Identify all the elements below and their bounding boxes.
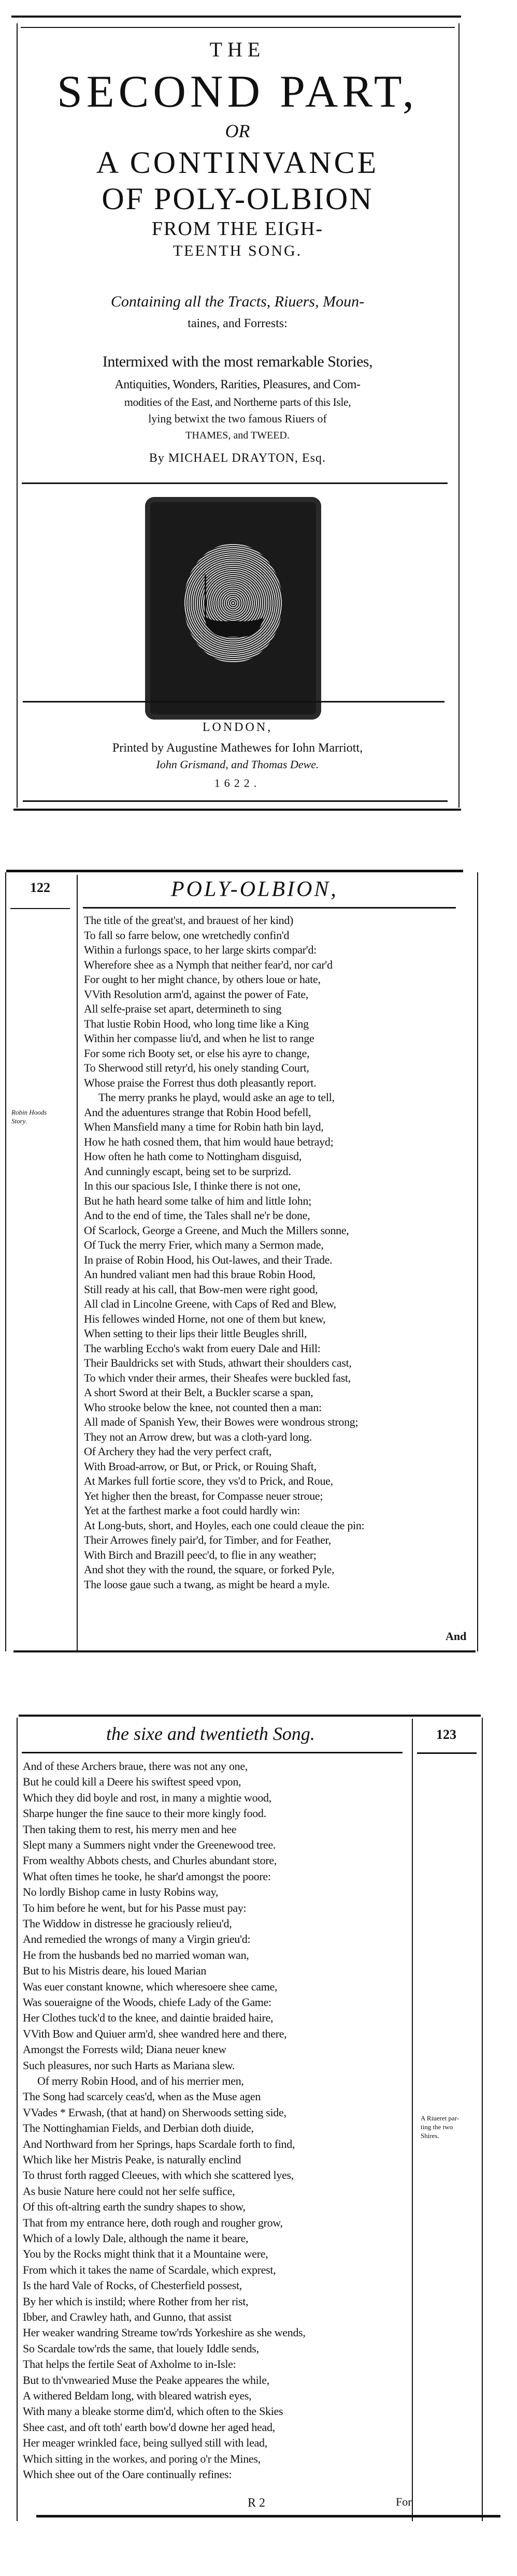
verse-line: Within a furlongs space, to her large sk… (84, 943, 317, 957)
catchword-for: For (396, 2495, 412, 2509)
catchword-and: And (446, 1630, 466, 1643)
verse-line: Is the hard Vale of Rocks, of Chesterfie… (23, 2278, 242, 2293)
verse-line: How often he hath come to Nottingham dis… (84, 1149, 301, 1164)
p122-margin-divider (77, 875, 78, 1651)
title-teenth-song: TEENTH SONG. (17, 242, 458, 260)
title-or: OR (17, 120, 458, 142)
verse-line: The merry pranks he playd, would aske an… (98, 1090, 335, 1105)
verse-line: Which they did boyle and rost, in many a… (23, 1791, 271, 1805)
p123-head-rule (22, 1752, 403, 1753)
verse-line: Amongst the Forrests wild; Diana neuer k… (23, 2042, 226, 2057)
verse-line: Shee cast, and oft toth' earth bow'd dow… (23, 2420, 275, 2435)
verse-line: He from the husbands bed no married woma… (23, 1948, 249, 1963)
verse-line: The title of the great'st, and brauest o… (84, 913, 293, 928)
verse-line: Who strooke below the knee, not counted … (84, 1400, 322, 1415)
verse-line: When Mansfield many a time for Robin hat… (84, 1120, 323, 1134)
verse-line: To which vnder their armes, their Sheafe… (84, 1371, 351, 1385)
title-the: THE (17, 37, 458, 62)
verse-line: Of this oft-altring earth the sundry sha… (23, 2200, 246, 2214)
verse-line: Then taking them to rest, his merry men … (23, 1822, 236, 1837)
verse-line: And remedied the wrongs of many a Virgin… (23, 1932, 250, 1946)
page-number-123: 123 (436, 1727, 456, 1743)
verse-line: Which shee out of the Oare continually r… (23, 2467, 232, 2482)
description-line-3: modities of the East, and Northerne part… (17, 396, 458, 409)
verse-line: VVades * Erwash, (that at hand) on Sherw… (23, 2105, 286, 2120)
verse-line: Was soueraigne of the Woods, chiefe Lady… (23, 1995, 271, 2010)
verse-line: All made of Spanish Yew, their Bowes wer… (84, 1415, 358, 1429)
p122-right-frame (477, 872, 478, 1651)
verse-line: The Nottinghamian Fields, and Derbian do… (23, 2121, 254, 2135)
p122-top-rule (6, 870, 463, 872)
verse-line: The warbling Eccho's wakt from euery Dal… (84, 1341, 321, 1356)
verse-line: How he hath cosned them, that him would … (84, 1135, 333, 1149)
verse-line: The Widdow in distresse he graciously re… (23, 1916, 232, 1931)
verse-line: Still ready at his call, that Bow-men we… (84, 1282, 318, 1297)
verse-line: That from my entrance here, doth rough a… (23, 2216, 283, 2230)
verse-line: Yet higher then the breast, for Compasse… (84, 1489, 323, 1503)
verse-line: When setting to their lips their little … (84, 1326, 307, 1341)
verse-line: Within her compasse liu'd, and when he l… (84, 1031, 314, 1046)
verse-line: In this our spacious Isle, I thinke ther… (84, 1179, 300, 1193)
verse-line: Their Bauldricks set with Studs, athwart… (84, 1356, 352, 1370)
description-line-5: THAMES, and TWEED. (17, 430, 458, 442)
verse-line: For some rich Booty set, or else his ayr… (84, 1046, 309, 1061)
verse-line: And shot they with the round, the square… (84, 1562, 334, 1577)
verse-line: And the aduentures strange that Robin Ho… (84, 1105, 311, 1120)
imprint-printer: Printed by Augustine Mathewes for Iohn M… (17, 741, 458, 755)
subtitle-containing-1: Containing all the Tracts, Riuers, Moun- (17, 293, 458, 311)
title-inner-top-rule (21, 27, 455, 28)
title-poly-olbion: OF POLY-OLBION (17, 181, 458, 217)
verse-line: From which it takes the name of Scardale… (23, 2263, 276, 2277)
verse-line: And Northward from her Springs, haps Sca… (23, 2137, 295, 2151)
verse-line: And of these Archers braue, there was no… (23, 1759, 248, 1774)
verse-line: With Broad-arrow, or But, or Prick, or R… (84, 1459, 317, 1474)
verse-line: Wherefore shee as a Nymph that neither f… (84, 958, 333, 972)
title-top-rule-thick (11, 16, 461, 18)
verse-line: That helps the fertile Seat of Axholme t… (23, 2357, 236, 2372)
verse-line: With Birch and Brazill peec'd, to flie i… (84, 1548, 317, 1562)
running-head-twentieth-song: the sixe and twentieth Song. (106, 1723, 315, 1745)
verse-line: Yet at the farthest marke a foot could h… (84, 1503, 300, 1518)
verse-line: And cunningly escapt, being set to be su… (84, 1164, 291, 1179)
verse-line: Which like her Mistris Peake, is natural… (23, 2153, 241, 2167)
p123-right-frame (482, 1718, 483, 2521)
verse-line: But to his Mistris deare, his loued Mari… (23, 1964, 206, 1978)
printers-device-woodcut (145, 497, 321, 720)
verse-line: To Sherwood still retyr'd, his onely sta… (84, 1061, 309, 1075)
verse-line: Of Archery they had the very perfect cra… (84, 1444, 271, 1459)
verse-line: Which of a lowly Dale, although the name… (23, 2231, 248, 2246)
title-bottom-rule (23, 800, 448, 802)
verse-line: VVith Resolution arm'd, against the powe… (84, 987, 308, 1002)
verse-line: To thrust forth ragged Cleeues, with whi… (23, 2168, 294, 2183)
verse-line: Which sitting in the workes, and poring … (23, 2452, 261, 2466)
verse-line: VVith Bow and Quiuer arm'd, shee wandred… (23, 2027, 286, 2041)
description-line-1: Intermixed with the most remarkable Stor… (17, 353, 458, 371)
verse-line: Sharpe hunger the fine sauce to their mo… (23, 1806, 266, 1821)
title-from-the-eigh: FROM THE EIGH- (17, 217, 458, 240)
title-outer-bottom-rule (13, 809, 461, 811)
verse-line: In praise of Robin Hood, his Out-lawes, … (84, 1253, 332, 1267)
p122-left-frame (5, 872, 6, 1651)
description-line-4: lying betwixt the two famous Riuers of (17, 412, 458, 426)
verse-line: To him before he went, but for his Passe… (23, 1901, 246, 1915)
verse-line: For ought to her might chance, by others… (84, 972, 321, 987)
signature-mark: R 2 (248, 2496, 265, 2510)
verse-line: By her which is instild; where Rother fr… (23, 2294, 248, 2309)
running-head-poly-olbion: POLY-OLBION, (171, 877, 338, 902)
verse-line: But he hath heard some talke of him and … (84, 1194, 311, 1208)
margin-note-robin-hoods-story: Robin Hoods Story. (11, 1108, 47, 1125)
verse-line: What often times he tooke, he shar'd amo… (23, 1869, 271, 1884)
verse-line: Whose praise the Forrest thus doth pleas… (84, 1076, 316, 1090)
verse-line: No lordly Bishop came in lusty Robins wa… (23, 1885, 218, 1899)
title-second-part: SECOND PART, (17, 66, 458, 118)
verse-line: You by the Rocks might think that it a M… (23, 2247, 268, 2261)
device-ship-icon (205, 575, 263, 637)
p123-bottom-rule (36, 2515, 500, 2518)
p123-margin-divider (412, 1719, 413, 2521)
verse-line: Such pleasures, nor such Harts as Marian… (23, 2058, 235, 2073)
margin-note-riueret: A Riueret par- ting the two Shires. (421, 2114, 459, 2140)
verse-line: Her Clothes tuck'd to the knee, and dain… (23, 2011, 273, 2025)
verse-line: A short Sword at their Belt, a Buckler s… (84, 1385, 313, 1400)
verse-line: His fellowes winded Horne, not one of th… (84, 1312, 325, 1326)
title-mid-rule (22, 482, 448, 484)
title-continvance: A CONTINVANCE (17, 145, 458, 181)
verse-line: To fall so farre below, one wretchedly c… (84, 928, 289, 943)
title-lower-rule (23, 701, 444, 702)
verse-line: Ibber, and Crawley hath, and Gunno, that… (23, 2310, 232, 2324)
imprint-year: 1622. (17, 777, 458, 790)
verse-line: Slept many a Summers night vnder the Gre… (23, 1838, 276, 1852)
verse-line: And to the end of time, the Tales shall … (84, 1208, 310, 1223)
p123-left-frame (17, 1718, 18, 2521)
verse-line: They not an Arrow drew, but was a cloth-… (84, 1430, 312, 1444)
verse-line: That lustie Robin Hood, who long time li… (84, 1017, 309, 1031)
verse-line: All selfe-praise set apart, determineth … (84, 1002, 281, 1016)
verse-line: Of Scarlock, George a Greene, and Much t… (84, 1223, 349, 1238)
p123-folio-rule (417, 1752, 477, 1754)
verse-line: The loose gaue such a twang, as might be… (84, 1577, 329, 1592)
imprint-city: LONDON, (17, 721, 458, 735)
verse-line: A withered Beldam long, with bleared wat… (23, 2389, 251, 2403)
imprint-booksellers: Iohn Grismand, and Thomas Dewe. (17, 758, 458, 771)
verse-line: An hundred valiant men had this braue Ro… (84, 1267, 315, 1282)
verse-line: At Markes full fortie score, they vs'd t… (84, 1474, 333, 1488)
verse-line: As busie Nature here could not her selfe… (23, 2184, 235, 2199)
p123-top-rule (19, 1715, 481, 1717)
verse-line: With many a bleake storme dim'd, which o… (23, 2404, 283, 2419)
verse-line: Her meager wrinkled face, being sullyed … (23, 2436, 267, 2450)
description-line-2: Antiquities, Wonders, Rarities, Pleasure… (17, 378, 458, 392)
verse-line: Her weaker wandring Streame tow'rds York… (23, 2325, 306, 2340)
verse-line: Of Tuck the merry Frier, which many a Se… (84, 1238, 324, 1252)
verse-line: From wealthy Abbots chests, and Churles … (23, 1853, 277, 1868)
p122-bottom-rule (13, 1650, 476, 1652)
verse-line: Of merry Robin Hood, and of his merrier … (37, 2074, 244, 2088)
p122-head-rule (83, 907, 456, 909)
verse-line: The Song had scarcely ceas'd, when as th… (23, 2089, 261, 2104)
author-line: By MICHAEL DRAYTON, Esq. (17, 451, 458, 465)
verse-line: But he could kill a Deere his swiftest s… (23, 1775, 241, 1789)
verse-line: At Long-buts, short, and Hoyles, each on… (84, 1518, 364, 1533)
subtitle-containing-2: taines, and Forrests: (17, 317, 458, 331)
verse-line: So Scardale tow'rds the same, that louel… (23, 2341, 259, 2356)
p122-folio-rule (10, 908, 70, 909)
verse-line: Their Arrowes finely pair'd, for Timber,… (84, 1533, 331, 1547)
verse-line: Was euer constant knowne, which wheresoe… (23, 1980, 277, 1994)
page-number-122: 122 (30, 880, 50, 896)
verse-line: All clad in Lincolne Greene, with Caps o… (84, 1297, 336, 1311)
verse-line: But to th'vnwearied Muse the Peake appea… (23, 2373, 269, 2388)
